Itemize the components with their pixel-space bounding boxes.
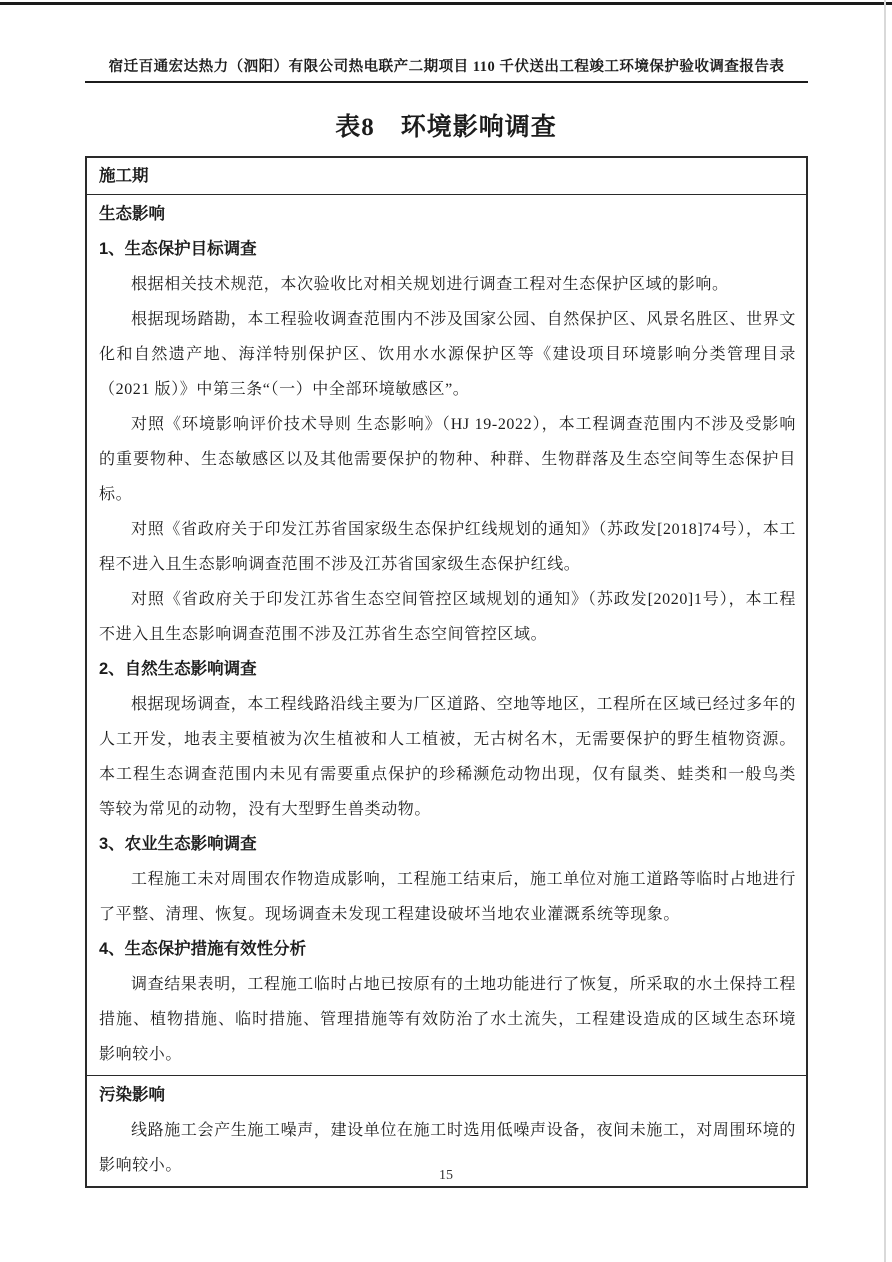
paragraph: 调查结果表明，工程施工临时占地已按原有的土地功能进行了恢复，所采取的水土保持工程… xyxy=(99,967,796,1072)
scan-edge-artifact-right xyxy=(884,0,886,1262)
ecological-impact-label: 生态影响 xyxy=(99,197,796,232)
page-number: 15 xyxy=(0,1168,892,1184)
section-heading: 3、农业生态影响调查 xyxy=(99,827,796,862)
paragraph: 对照《省政府关于印发江苏省生态空间管控区域规划的通知》（苏政发[2020]1号）… xyxy=(99,582,796,652)
ecological-impact-cell: 生态影响 1、生态保护目标调查 根据相关技术规范，本次验收比对相关规划进行调查工… xyxy=(87,194,806,1075)
paragraph: 根据现场踏勘，本工程验收调查范围内不涉及国家公园、自然保护区、风景名胜区、世界文… xyxy=(99,302,796,407)
paragraph: 对照《省政府关于印发江苏省国家级生态保护红线规划的通知》（苏政发[2018]74… xyxy=(99,512,796,582)
paragraph: 对照《环境影响评价技术导则 生态影响》（HJ 19-2022），本工程调查范围内… xyxy=(99,407,796,512)
report-table: 施工期 生态影响 1、生态保护目标调查 根据相关技术规范，本次验收比对相关规划进… xyxy=(85,156,808,1188)
section-heading: 4、生态保护措施有效性分析 xyxy=(99,932,796,967)
paragraph: 根据相关技术规范，本次验收比对相关规划进行调查工程对生态保护区域的影响。 xyxy=(99,267,796,302)
pollution-impact-label: 污染影响 xyxy=(99,1078,796,1113)
running-header: 宿迁百通宏达热力（泗阳）有限公司热电联产二期项目 110 千伏送出工程竣工环境保… xyxy=(85,55,808,83)
section-ecological-targets: 1、生态保护目标调查 根据相关技术规范，本次验收比对相关规划进行调查工程对生态保… xyxy=(99,232,796,652)
construction-period-label: 施工期 xyxy=(99,167,149,185)
scan-edge-artifact-top xyxy=(0,2,892,5)
page-title: 表8 环境影响调查 xyxy=(0,107,892,143)
section-protection-measures: 4、生态保护措施有效性分析 调查结果表明，工程施工临时占地已按原有的土地功能进行… xyxy=(99,932,796,1072)
section-agricultural-ecology: 3、农业生态影响调查 工程施工未对周围农作物造成影响，工程施工结束后，施工单位对… xyxy=(99,827,796,932)
paragraph: 工程施工未对周围农作物造成影响，工程施工结束后，施工单位对施工道路等临时占地进行… xyxy=(99,862,796,932)
section-heading: 1、生态保护目标调查 xyxy=(99,232,796,267)
construction-period-cell: 施工期 xyxy=(87,158,806,194)
paragraph: 根据现场调查，本工程线路沿线主要为厂区道路、空地等地区，工程所在区域已经过多年的… xyxy=(99,687,796,827)
section-natural-ecology: 2、自然生态影响调查 根据现场调查，本工程线路沿线主要为厂区道路、空地等地区，工… xyxy=(99,652,796,827)
section-heading: 2、自然生态影响调查 xyxy=(99,652,796,687)
